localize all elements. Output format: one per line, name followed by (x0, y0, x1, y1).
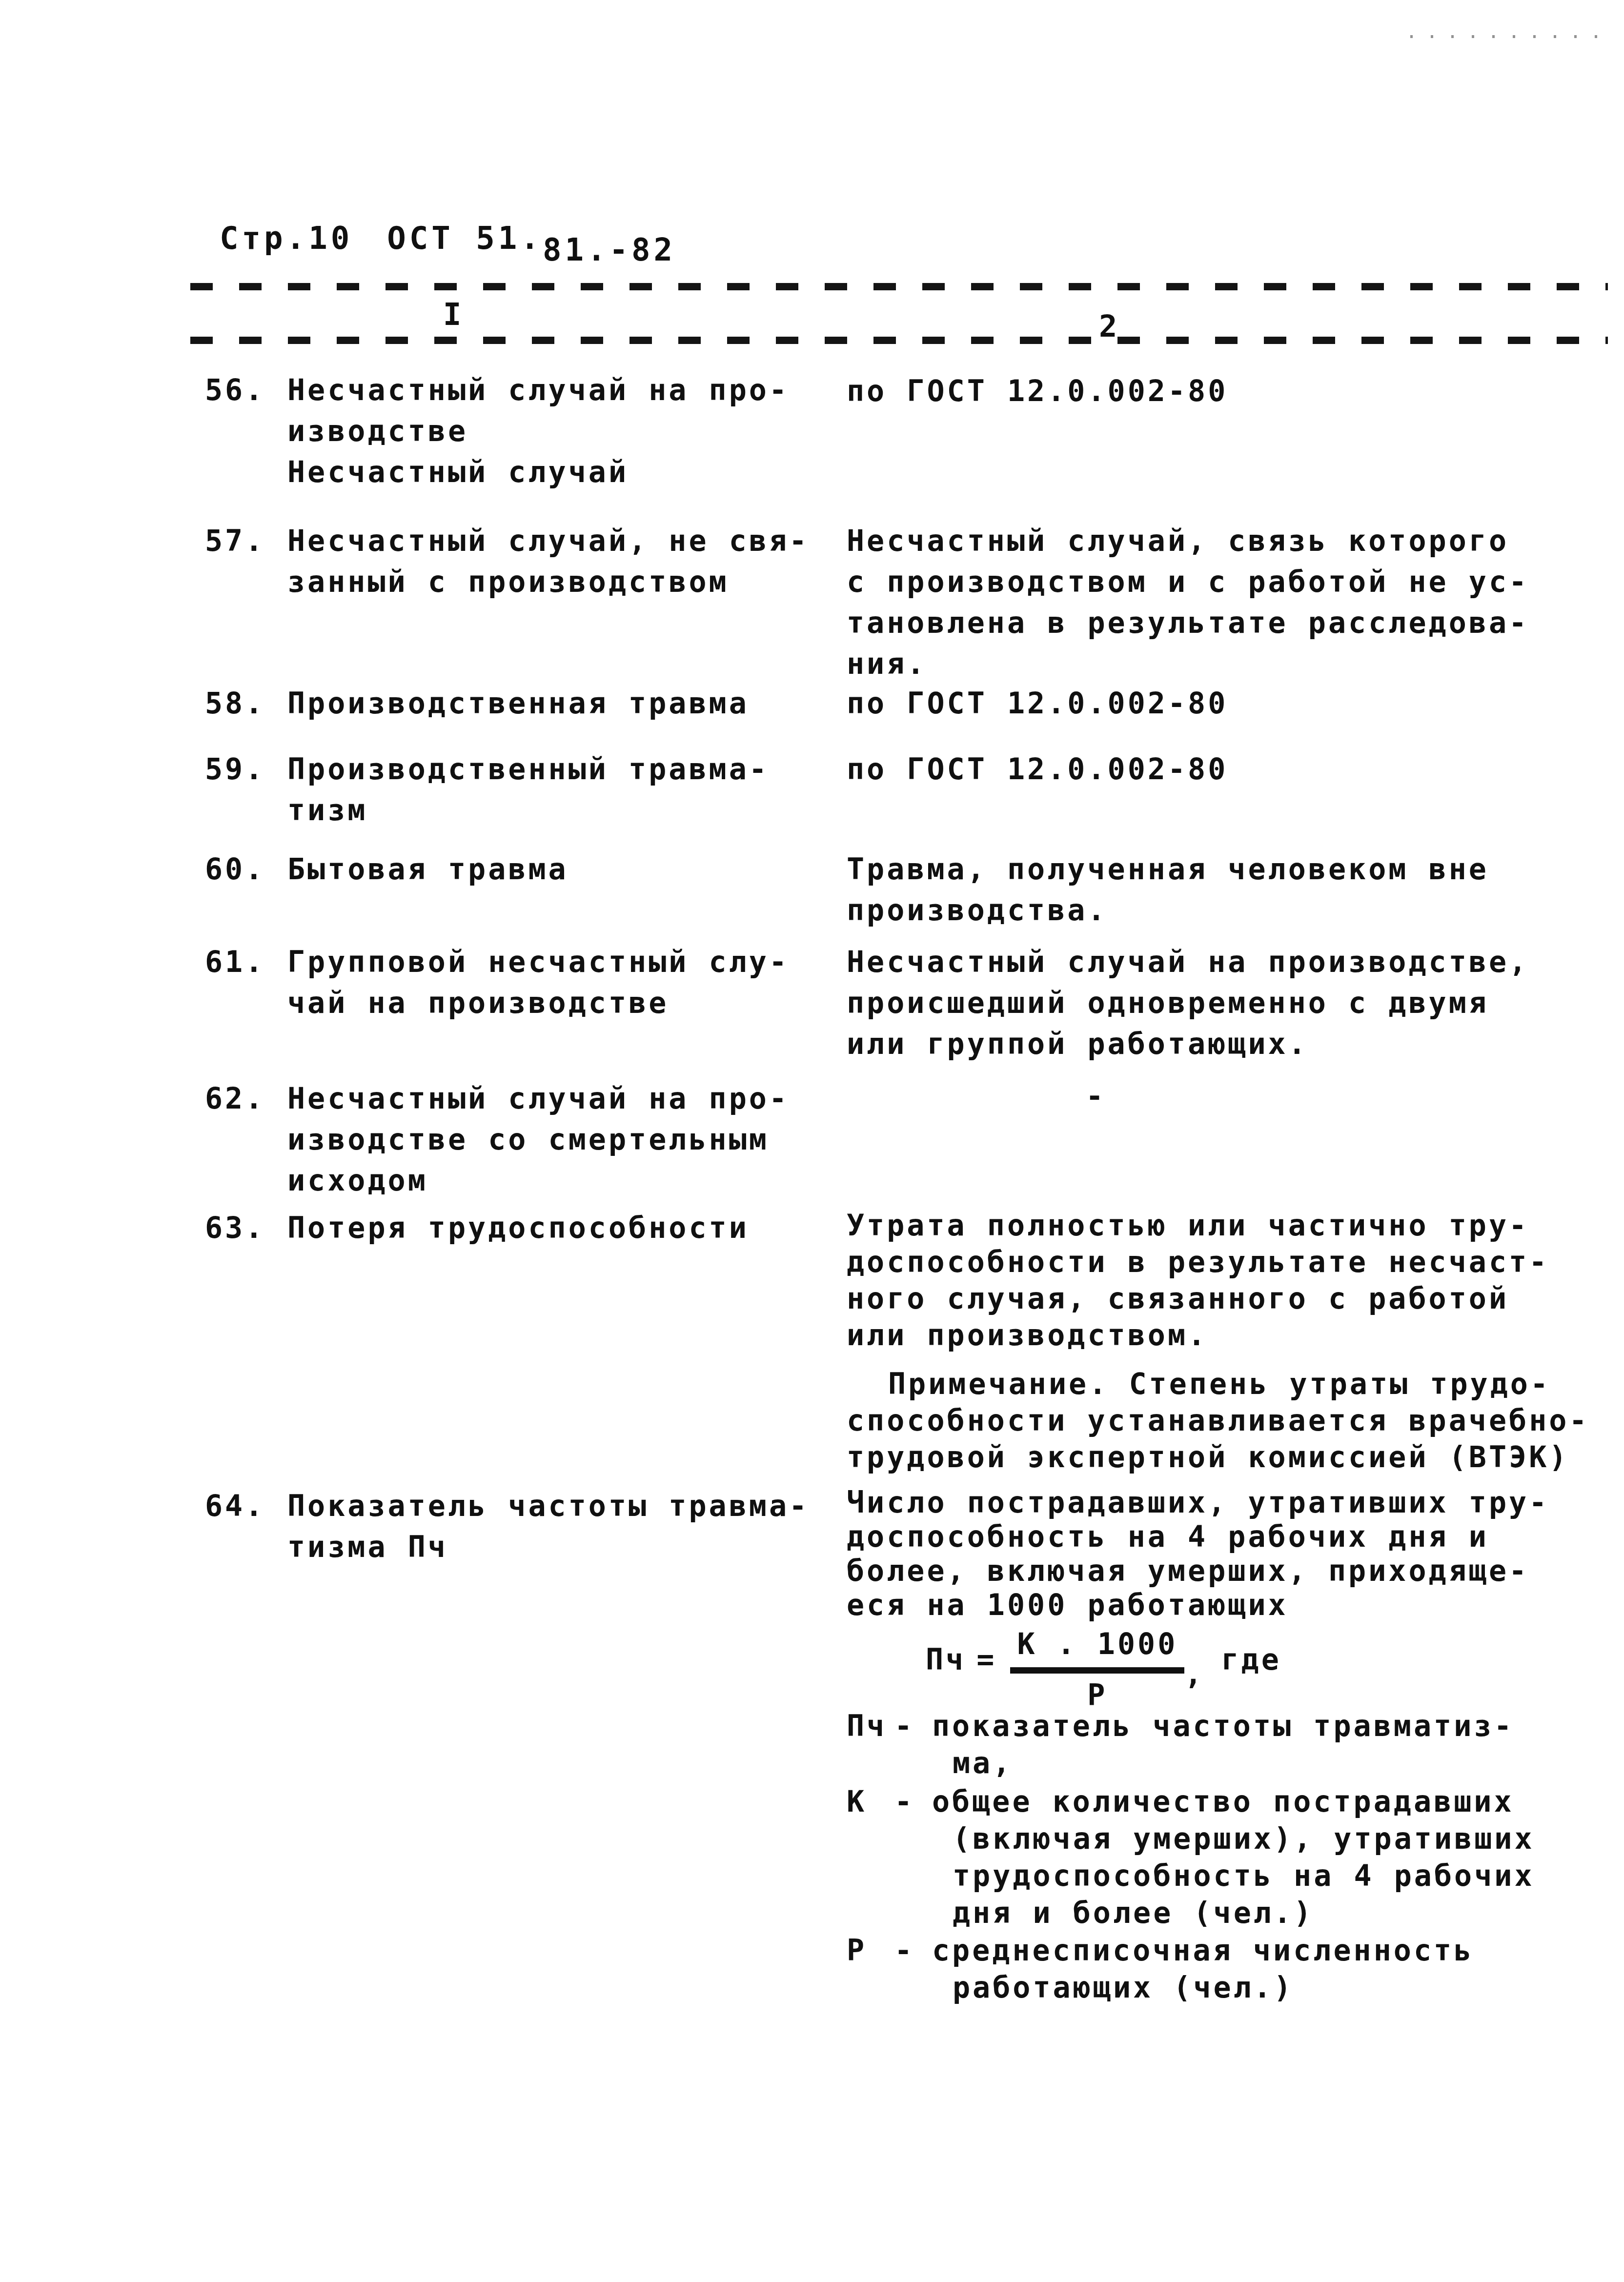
legend-line: трудоспособность на 4 рабочих (932, 1858, 1535, 1895)
term-cell: Несчастный случай, не свя- занный с прои… (287, 521, 809, 603)
legend-entry-r: Р - среднесписочная численность работающ… (847, 1932, 1474, 2006)
definition-line: еся на 1000 работающих (847, 1588, 1549, 1622)
term-line: изводстве (287, 411, 789, 452)
term-cell: Производственный травма- тизм (287, 749, 769, 831)
definition-line: Число пострадавших, утративших тру- (847, 1486, 1549, 1520)
legend-symbol: Пч (847, 1708, 887, 1745)
definition-empty-dash: - (1086, 1076, 1106, 1117)
term-number: 58. (205, 683, 265, 724)
definition-line: доспособности в результате несчаст- (847, 1244, 1549, 1281)
legend-line: дня и более (чел.) (932, 1895, 1535, 1932)
definition-line: или группой работающих. (847, 1024, 1529, 1065)
term-number: 57. (205, 521, 265, 562)
term-number: 60. (205, 849, 265, 890)
scanned-document-page: Стр.10ОСТ 51.81.-82 I 2 56. Несчастный с… (0, 0, 1624, 2282)
term-line: Групповой несчастный слу- (287, 942, 789, 983)
definition-line: происшедший одновременно с двумя (847, 983, 1529, 1024)
formula-fraction: К . 1000 Р (1010, 1627, 1184, 1713)
note-line: трудовой экспертной комиссией (ВТЭК) (847, 1439, 1589, 1476)
definition-note: Примечание. Степень утраты трудо- способ… (847, 1366, 1589, 1476)
legend-line: показатель частоты травматиз- (932, 1708, 1514, 1745)
definition-cell: Число пострадавших, утративших тру- досп… (847, 1486, 1549, 1622)
legend-line: работающих (чел.) (932, 1969, 1474, 2006)
term-cell: Производственная травма (287, 683, 749, 724)
term-cell: Бытовая травма (287, 849, 568, 890)
term-line: Производственная травма (287, 683, 749, 724)
definition-line: Несчастный случай на производстве, (847, 942, 1529, 983)
formula-where-label: где (1221, 1643, 1281, 1677)
term-line: Несчастный случай на про- (287, 370, 789, 411)
term-cell: Несчастный случай на про- изводстве (287, 370, 789, 452)
legend-line: общее количество пострадавших (932, 1783, 1535, 1820)
term-line: Производственный травма- (287, 749, 769, 790)
term-synonym-line: Несчастный случай (287, 452, 629, 493)
definition-line: ния. (847, 644, 1529, 685)
definition-cell: Травма, полученная человеком вне произво… (847, 849, 1489, 931)
definition-line: Утрата полностью или частично тру- (847, 1208, 1549, 1244)
term-synonym: Несчастный случай (287, 452, 629, 493)
definition-line: Травма, полученная человеком вне (847, 849, 1489, 890)
legend-dash: - (894, 1932, 914, 1969)
term-line: Потеря трудоспособности (287, 1208, 749, 1249)
definition-cell: Несчастный случай на производстве, проис… (847, 942, 1529, 1065)
term-line: чай на производстве (287, 983, 789, 1024)
term-number: 62. (205, 1078, 265, 1119)
definition-line: Несчастный случай, связь которого (847, 521, 1529, 562)
note-line: Примечание. Степень утраты трудо- (847, 1366, 1589, 1403)
term-number: 64. (205, 1486, 265, 1527)
definition-line: по ГОСТ 12.0.002-80 (847, 371, 1228, 412)
definition-line: доспособность на 4 рабочих дня и (847, 1520, 1549, 1554)
term-number: 59. (205, 749, 265, 790)
term-line: Бытовая травма (287, 849, 568, 890)
term-line: изводстве со смертельным (287, 1119, 789, 1160)
term-line: занный с производством (287, 562, 809, 603)
definition-cell: по ГОСТ 12.0.002-80 (847, 683, 1228, 724)
legend-line: ма, (932, 1745, 1514, 1782)
frequency-index-formula: Пч = К . 1000 Р , где (926, 1627, 1281, 1713)
formula-equals-sign: = (976, 1643, 996, 1677)
note-line: способности устанавливается врачебно- (847, 1403, 1589, 1439)
definition-cell: Несчастный случай, связь которого с прои… (847, 521, 1529, 685)
column-1-header: I (443, 297, 464, 332)
definition-line: или производством. (847, 1317, 1549, 1354)
term-cell: Несчастный случай на про- изводстве со с… (287, 1078, 789, 1201)
definition-cell: по ГОСТ 12.0.002-80 (847, 371, 1228, 412)
formula-denominator: Р (1087, 1674, 1107, 1713)
definition-line: с производством и с работой не ус- (847, 562, 1529, 603)
term-number: 56. (205, 370, 265, 411)
page-header: Стр.10ОСТ 51.81.-82 (220, 221, 676, 257)
doc-standard-number-part1: ОСТ 51. (387, 221, 543, 257)
term-line: Несчастный случай, не свя- (287, 521, 809, 562)
term-cell: Показатель частоты травма- тизма Пч (287, 1486, 809, 1568)
definition-line: тановлена в результате расследова- (847, 603, 1529, 644)
legend-symbol: Р (847, 1932, 867, 1969)
formula-lhs: Пч (926, 1643, 966, 1677)
legend-line: среднесписочная численность (932, 1932, 1474, 1969)
definition-line: производства. (847, 890, 1489, 931)
legend-entry-k: К - общее количество пострадавших (включ… (847, 1783, 1535, 1932)
term-line: тизма Пч (287, 1527, 809, 1568)
definition-line: ного случая, связанного с работой (847, 1281, 1549, 1317)
fraction-bar (1010, 1667, 1184, 1674)
legend-dash: - (894, 1708, 914, 1745)
definition-cell: Утрата полностью или частично тру- доспо… (847, 1208, 1549, 1354)
term-line: исходом (287, 1160, 789, 1201)
legend-symbol: К (847, 1783, 867, 1820)
term-line: тизм (287, 790, 769, 831)
legend-line: (включая умерших), утративших (932, 1820, 1535, 1858)
formula-comma: , (1184, 1657, 1204, 1692)
definition-line: по ГОСТ 12.0.002-80 (847, 749, 1228, 790)
term-cell: Потеря трудоспособности (287, 1208, 749, 1249)
doc-page-label: Стр.10 (220, 221, 353, 257)
term-line: Показатель частоты травма- (287, 1486, 809, 1527)
formula-numerator: К . 1000 (1010, 1627, 1184, 1667)
term-line: Несчастный случай на про- (287, 1078, 789, 1119)
table-divider-bottom (190, 337, 1608, 344)
definition-line: по ГОСТ 12.0.002-80 (847, 683, 1228, 724)
legend-dash: - (894, 1783, 914, 1820)
table-divider-top (190, 283, 1608, 290)
scan-noise-speckles (1410, 35, 1610, 38)
definition-line: более, включая умерших, приходяще- (847, 1554, 1549, 1588)
term-number: 61. (205, 942, 265, 983)
term-cell: Групповой несчастный слу- чай на произво… (287, 942, 789, 1024)
term-number: 63. (205, 1208, 265, 1249)
doc-standard-number-part2: 81.-82 (543, 232, 676, 268)
legend-entry-pch: Пч - показатель частоты травматиз- ма, (847, 1708, 1514, 1782)
definition-cell: по ГОСТ 12.0.002-80 (847, 749, 1228, 790)
